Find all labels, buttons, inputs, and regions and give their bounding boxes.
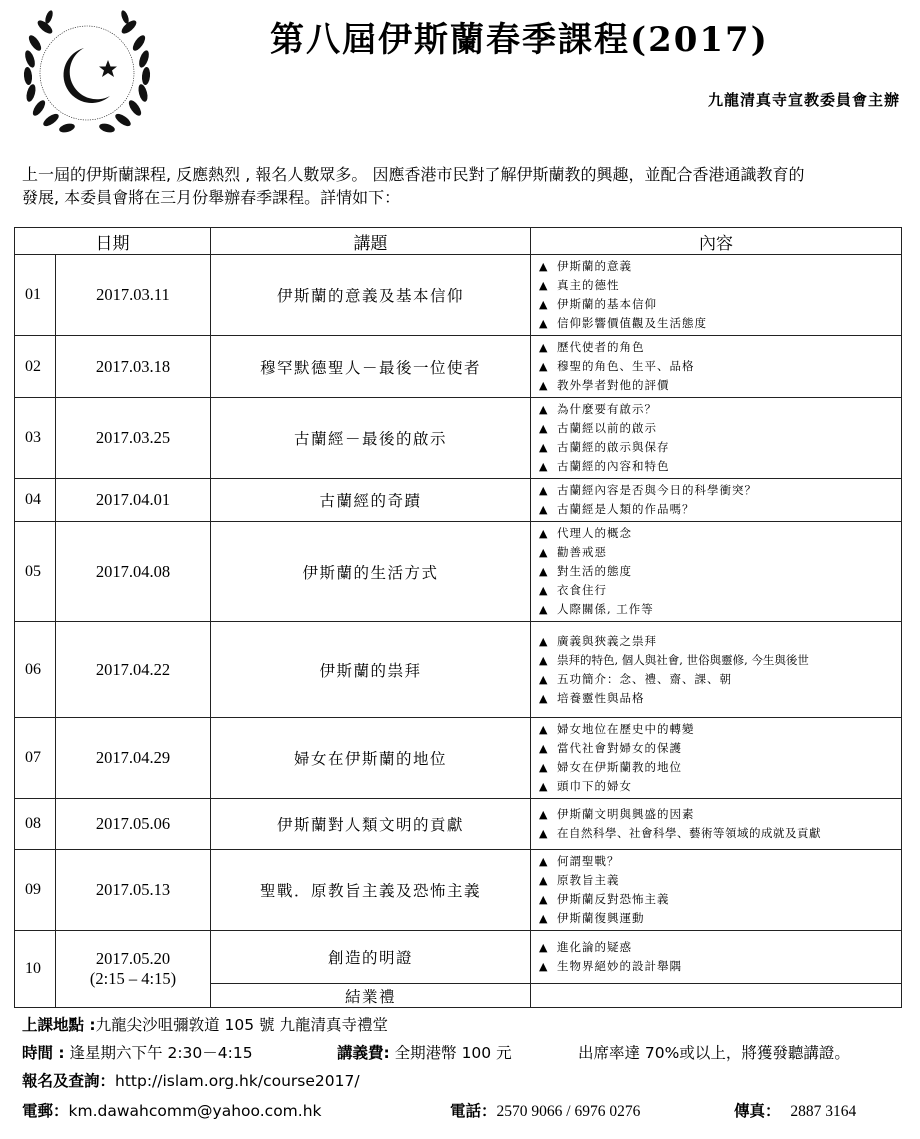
enquiry-label: 報名及查詢： [22, 1072, 115, 1090]
lesson-content: ▲婦女地位在歷史中的轉變 ▲當代社會對婦女的保護 ▲婦女在伊斯蘭教的地位 ▲頭巾… [531, 718, 902, 799]
content-item: ▲廣義與狹義之祟拜 [539, 632, 901, 651]
venue-line: 上課地點 :九龍尖沙咀彌敦道 105 號 九龍清真寺禮堂 [22, 1013, 388, 1035]
content-item: ▲古蘭經的啟示與保存 [539, 438, 901, 457]
table-row: 03 2017.03.25 古蘭經－最後的啟示 ▲為什麼要有啟示？ ▲古蘭經以前… [15, 398, 902, 479]
lesson-date: 2017.03.25 [56, 398, 211, 479]
time-value: 逢星期六下午 2:30－4:15 [70, 1044, 253, 1062]
lesson-date: 2017.05.13 [56, 850, 211, 931]
lesson-topic: 伊斯蘭對人類文明的貢獻 [211, 799, 531, 850]
content-item: ▲在自然科學、社會科學、藝術等領域的成就及貢獻 [539, 824, 901, 843]
content-item: ▲何謂聖戰？ [539, 852, 901, 871]
email-link[interactable]: km.dawahcomm@yahoo.com.hk [69, 1102, 322, 1120]
triangle-bullet-icon: ▲ [539, 852, 557, 871]
intro-line-1: 上一屆的伊斯蘭課程, 反應熱烈 , 報名人數眾多。 因應香港市民對了解伊斯蘭教的… [22, 163, 902, 186]
enquiry-line: 報名及查詢：http://islam.org.hk/course2017/ [22, 1069, 360, 1091]
lesson-content: ▲廣義與狹義之祟拜 ▲祟拜的特色, 個人與社會, 世俗與靈修, 今生與後世 ▲五… [531, 622, 902, 718]
content-item: ▲伊斯蘭文明與興盛的因素 [539, 805, 901, 824]
lesson-number: 02 [15, 336, 56, 398]
content-item: ▲衣食住行 [539, 581, 901, 600]
lesson-content: ▲古蘭經內容是否與今日的科學衝突？ ▲古蘭經是人類的作品嗎？ [531, 479, 902, 522]
organization-logo [22, 8, 152, 138]
content-item: ▲勸善戒惡 [539, 543, 901, 562]
triangle-bullet-icon: ▲ [539, 670, 557, 689]
content-item: ▲伊斯蘭復興運動 [539, 909, 901, 928]
content-item: ▲祟拜的特色, 個人與社會, 世俗與靈修, 今生與後世 [539, 651, 901, 670]
lesson-topic: 創造的明證 [211, 931, 531, 984]
lesson-topic: 古蘭經－最後的啟示 [211, 398, 531, 479]
fax-value: 2887 3164 [790, 1103, 856, 1120]
organizer-name: 九龍清真寺宣教委員會主辦 [708, 89, 900, 110]
header-topic: 講題 [211, 228, 531, 255]
content-item: ▲古蘭經是人類的作品嗎？ [539, 500, 901, 519]
graduation-ceremony: 結業禮 [211, 984, 531, 1008]
triangle-bullet-icon: ▲ [539, 957, 557, 976]
triangle-bullet-icon: ▲ [539, 457, 557, 476]
table-row: 04 2017.04.01 古蘭經的奇蹟 ▲古蘭經內容是否與今日的科學衝突？ ▲… [15, 479, 902, 522]
triangle-bullet-icon: ▲ [539, 581, 557, 600]
triangle-bullet-icon: ▲ [539, 357, 557, 376]
triangle-bullet-icon: ▲ [539, 689, 557, 708]
contact-line: 電郵：km.dawahcomm@yahoo.com.hk 電話：2570 906… [22, 1099, 902, 1121]
venue-value: 九龍尖沙咀彌敦道 105 號 九龍清真寺禮堂 [96, 1016, 388, 1034]
lesson-topic: 古蘭經的奇蹟 [211, 479, 531, 522]
triangle-bullet-icon: ▲ [539, 314, 557, 333]
intro-paragraph: 上一屆的伊斯蘭課程, 反應熱烈 , 報名人數眾多。 因應香港市民對了解伊斯蘭教的… [22, 163, 902, 209]
lesson-topic: 聖戰．原教旨主義及恐怖主義 [211, 850, 531, 931]
lesson-content: ▲伊斯蘭的意義 ▲真主的德性 ▲伊斯蘭的基本信仰 ▲信仰影響價值觀及生活態度 [531, 255, 902, 336]
triangle-bullet-icon: ▲ [539, 338, 557, 357]
lesson-topic: 伊斯蘭的祟拜 [211, 622, 531, 718]
lesson-date: 2017.04.22 [56, 622, 211, 718]
lesson-date: 2017.05.20 [56, 949, 210, 969]
fee-value: 全期港幣 100 元 [395, 1044, 512, 1062]
triangle-bullet-icon: ▲ [539, 295, 557, 314]
triangle-bullet-icon: ▲ [539, 400, 557, 419]
lesson-time: (2:15 – 4:15) [56, 969, 210, 989]
lesson-topic: 伊斯蘭的生活方式 [211, 522, 531, 622]
course-schedule-table: 日期 講題 內容 01 2017.03.11 伊斯蘭的意義及基本信仰 ▲伊斯蘭的… [14, 227, 902, 1008]
content-item: ▲古蘭經的內容和特色 [539, 457, 901, 476]
table-row: 09 2017.05.13 聖戰．原教旨主義及恐怖主義 ▲何謂聖戰？ ▲原教旨主… [15, 850, 902, 931]
lesson-content: ▲代理人的概念 ▲勸善戒惡 ▲對生活的態度 ▲衣食住行 ▲人際關係, 工作等 [531, 522, 902, 622]
table-row: 02 2017.03.18 穆罕默德聖人－最後一位使者 ▲歷代使者的角色 ▲穆聖… [15, 336, 902, 398]
triangle-bullet-icon: ▲ [539, 938, 557, 957]
triangle-bullet-icon: ▲ [539, 419, 557, 438]
triangle-bullet-icon: ▲ [539, 500, 557, 519]
triangle-bullet-icon: ▲ [539, 871, 557, 890]
lesson-number: 08 [15, 799, 56, 850]
content-item: ▲真主的德性 [539, 276, 901, 295]
lesson-number: 01 [15, 255, 56, 336]
content-item: ▲為什麼要有啟示？ [539, 400, 901, 419]
lesson-content: ▲何謂聖戰？ ▲原教旨主義 ▲伊斯蘭反對恐怖主義 ▲伊斯蘭復興運動 [531, 850, 902, 931]
triangle-bullet-icon: ▲ [539, 758, 557, 777]
content-item: ▲人際關係, 工作等 [539, 600, 901, 619]
content-item: ▲五功簡介：念、禮、齋、課、朝 [539, 670, 901, 689]
lesson-content: ▲為什麼要有啟示？ ▲古蘭經以前的啟示 ▲古蘭經的啟示與保存 ▲古蘭經的內容和特… [531, 398, 902, 479]
table-row: 07 2017.04.29 婦女在伊斯蘭的地位 ▲婦女地位在歷史中的轉變 ▲當代… [15, 718, 902, 799]
content-item: ▲古蘭經內容是否與今日的科學衝突？ [539, 481, 901, 500]
lesson-date: 2017.05.06 [56, 799, 211, 850]
content-item: ▲婦女在伊斯蘭教的地位 [539, 758, 901, 777]
triangle-bullet-icon: ▲ [539, 805, 557, 824]
fee-label: 講義費: [337, 1044, 390, 1062]
table-row: 08 2017.05.06 伊斯蘭對人類文明的貢獻 ▲伊斯蘭文明與興盛的因素 ▲… [15, 799, 902, 850]
triangle-bullet-icon: ▲ [539, 651, 557, 670]
table-header-row: 日期 講題 內容 [15, 228, 902, 255]
content-item: ▲頭巾下的婦女 [539, 777, 901, 796]
triangle-bullet-icon: ▲ [539, 824, 557, 843]
triangle-bullet-icon: ▲ [539, 909, 557, 928]
triangle-bullet-icon: ▲ [539, 632, 557, 651]
content-item: ▲進化論的疑惑 [539, 938, 901, 957]
triangle-bullet-icon: ▲ [539, 376, 557, 395]
phone-value: 2570 9066 / 6976 0276 [497, 1103, 641, 1120]
content-item: ▲婦女地位在歷史中的轉變 [539, 720, 901, 739]
content-item: ▲伊斯蘭的意義 [539, 257, 901, 276]
triangle-bullet-icon: ▲ [539, 524, 557, 543]
lesson-number: 03 [15, 398, 56, 479]
triangle-bullet-icon: ▲ [539, 543, 557, 562]
triangle-bullet-icon: ▲ [539, 438, 557, 457]
triangle-bullet-icon: ▲ [539, 777, 557, 796]
content-item: ▲生物界絕妙的設計舉隅 [539, 957, 901, 976]
triangle-bullet-icon: ▲ [539, 720, 557, 739]
content-item: ▲歷代使者的角色 [539, 338, 901, 357]
crescent-star-wreath-icon [22, 8, 152, 138]
header-date: 日期 [15, 228, 211, 255]
header-content: 內容 [531, 228, 902, 255]
table-row: 10 2017.05.20 (2:15 – 4:15) 創造的明證 ▲進化論的疑… [15, 931, 902, 984]
content-item: ▲伊斯蘭反對恐怖主義 [539, 890, 901, 909]
lesson-date: 2017.03.11 [56, 255, 211, 336]
triangle-bullet-icon: ▲ [539, 276, 557, 295]
lesson-content: ▲歷代使者的角色 ▲穆聖的角色、生平、品格 ▲教外學者對他的評價 [531, 336, 902, 398]
content-item: ▲原教旨主義 [539, 871, 901, 890]
venue-label: 上課地點 : [22, 1016, 96, 1034]
email-label: 電郵： [22, 1102, 69, 1120]
triangle-bullet-icon: ▲ [539, 257, 557, 276]
lesson-date: 2017.04.01 [56, 479, 211, 522]
fax-label: 傳真： [734, 1102, 781, 1120]
triangle-bullet-icon: ▲ [539, 739, 557, 758]
time-label: 時間 : [22, 1044, 65, 1062]
phone-label: 電話： [450, 1102, 497, 1120]
lesson-number: 05 [15, 522, 56, 622]
lesson-topic: 婦女在伊斯蘭的地位 [211, 718, 531, 799]
content-item: ▲信仰影響價值觀及生活態度 [539, 314, 901, 333]
triangle-bullet-icon: ▲ [539, 890, 557, 909]
content-item: ▲教外學者對他的評價 [539, 376, 901, 395]
time-fee-line: 時間 : 逢星期六下午 2:30－4:15 講義費: 全期港幣 100 元 出席… [22, 1041, 902, 1063]
lesson-topic: 伊斯蘭的意義及基本信仰 [211, 255, 531, 336]
lesson-number: 07 [15, 718, 56, 799]
lesson-date: 2017.04.08 [56, 522, 211, 622]
content-item: ▲對生活的態度 [539, 562, 901, 581]
lesson-number: 10 [15, 931, 56, 1008]
page-title: 第八屆伊斯蘭春季課程(2017) [270, 12, 770, 61]
lesson-content: ▲進化論的疑惑 ▲生物界絕妙的設計舉隅 [531, 931, 902, 984]
table-row: 06 2017.04.22 伊斯蘭的祟拜 ▲廣義與狹義之祟拜 ▲祟拜的特色, 個… [15, 622, 902, 718]
lesson-date-time: 2017.05.20 (2:15 – 4:15) [56, 931, 211, 1008]
certificate-note: 出席率達 70%或以上，將獲發聽講證。 [578, 1041, 850, 1063]
triangle-bullet-icon: ▲ [539, 562, 557, 581]
lesson-topic: 穆罕默德聖人－最後一位使者 [211, 336, 531, 398]
triangle-bullet-icon: ▲ [539, 600, 557, 619]
content-item: ▲古蘭經以前的啟示 [539, 419, 901, 438]
triangle-bullet-icon: ▲ [539, 481, 557, 500]
lesson-number: 04 [15, 479, 56, 522]
content-item: ▲代理人的概念 [539, 524, 901, 543]
table-row: 01 2017.03.11 伊斯蘭的意義及基本信仰 ▲伊斯蘭的意義 ▲真主的德性… [15, 255, 902, 336]
content-item: ▲穆聖的角色、生平、品格 [539, 357, 901, 376]
lesson-date: 2017.03.18 [56, 336, 211, 398]
lesson-number: 06 [15, 622, 56, 718]
table-row: 05 2017.04.08 伊斯蘭的生活方式 ▲代理人的概念 ▲勸善戒惡 ▲對生… [15, 522, 902, 622]
content-item: ▲伊斯蘭的基本信仰 [539, 295, 901, 314]
intro-line-2: 發展, 本委員會將在三月份舉辦春季課程。詳情如下： [22, 186, 902, 209]
lesson-date: 2017.04.29 [56, 718, 211, 799]
lesson-content: ▲伊斯蘭文明與興盛的因素 ▲在自然科學、社會科學、藝術等領域的成就及貢獻 [531, 799, 902, 850]
content-item: ▲培養靈性與品格 [539, 689, 901, 708]
lesson-number: 09 [15, 850, 56, 931]
content-item: ▲當代社會對婦女的保護 [539, 739, 901, 758]
enquiry-link[interactable]: http://islam.org.hk/course2017/ [115, 1072, 360, 1090]
empty-cell [531, 984, 902, 1008]
